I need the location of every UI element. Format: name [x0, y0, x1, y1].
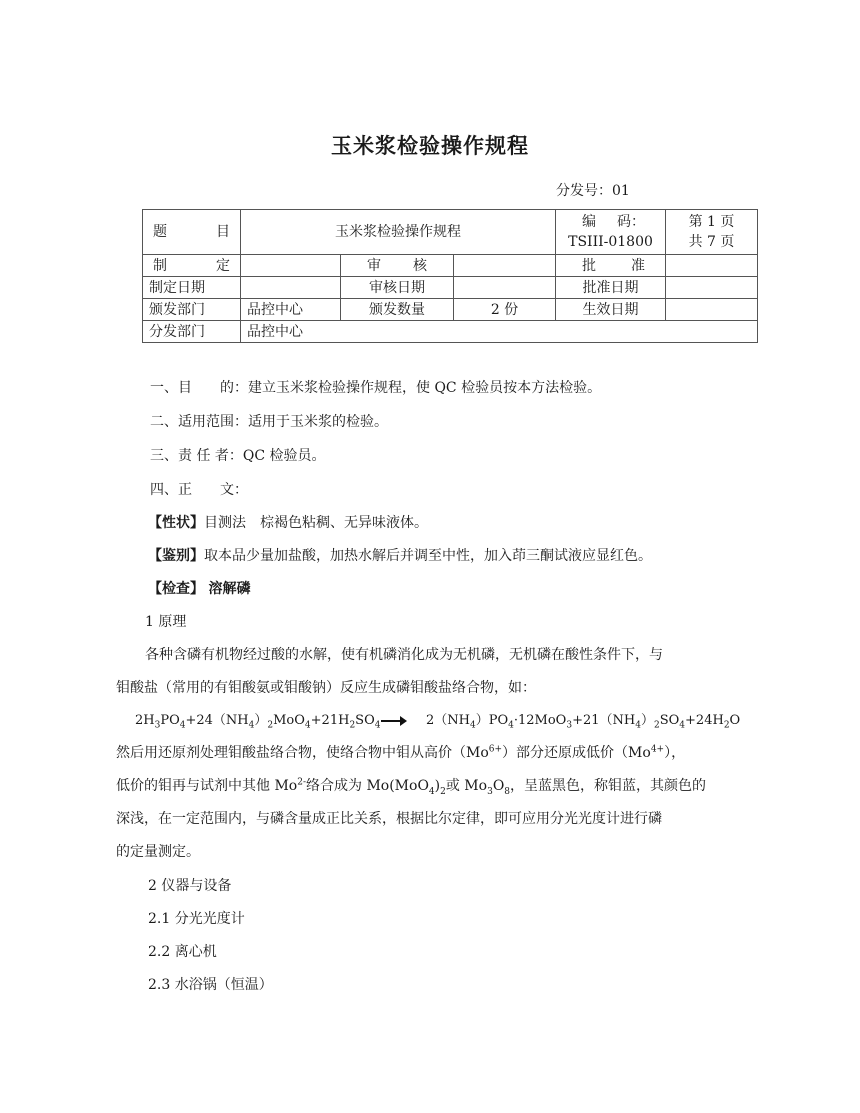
code-cell: 编码： TSIII-01800	[556, 210, 666, 255]
principle-p2-line2: 低价的钼再与试剂中其他 Mo2-络合成为 Mo(MoO4)2或 Mo3O8，呈蓝…	[116, 776, 706, 796]
effective-date-value	[666, 299, 758, 321]
equipment-heading: 2 仪器与设备	[148, 876, 231, 896]
equipment-item: 2.1 分光光度计	[148, 909, 245, 929]
reviewed-by-value	[454, 255, 556, 277]
prepared-date-value	[241, 277, 341, 299]
identification-tag: 【鉴别】	[148, 548, 204, 564]
issuing-dept-value: 品控中心	[241, 299, 341, 321]
principle-p1-line1: 各种含磷有机物经过酸的水解，使有机磷消化成为无机磷，无机磷在酸性条件下，与	[145, 645, 663, 665]
reaction-equation-lhs: 2H3PO4+24（NH4）2MoO4+21H2SO4	[135, 711, 403, 731]
check-tag: 【检查】	[148, 581, 204, 597]
section-responsible: 三、责 任 者：QC 检验员。	[150, 446, 326, 466]
page-current: 第 1 页	[672, 212, 751, 232]
reaction-arrow-icon	[381, 720, 403, 722]
approved-date-value	[666, 277, 758, 299]
section-scope: 二、适用范围：适用于玉米浆的检验。	[150, 412, 388, 432]
identification-paragraph: 【鉴别】取本品少量加盐酸，加热水解后并调至中性，加入茚三酮试液应显红色。	[148, 546, 652, 566]
page-count-cell: 第 1 页 共 7 页	[666, 210, 758, 255]
document-control-table: 题目 玉米浆检验操作规程 编码： TSIII-01800 第 1 页 共 7 页…	[142, 209, 758, 343]
distribution-number: 分发号：01	[556, 180, 630, 200]
equipment-item: 2.3 水浴锅（恒温）	[148, 975, 273, 995]
prepared-by-value	[241, 255, 341, 277]
table-row: 制定 审核 批准	[143, 255, 758, 277]
page-total: 共 7 页	[672, 232, 751, 252]
code-value: TSIII-01800	[562, 232, 659, 252]
appearance-paragraph: 【性状】目测法 棕褐色粘稠、无异味液体。	[148, 513, 428, 533]
document-title: 玉米浆检验操作规程	[0, 130, 860, 160]
equipment-item: 2.2 离心机	[148, 942, 217, 962]
principle-p2-line3: 深浅，在一定范围内，与磷含量成正比关系，根据比尔定律，即可应用分光光度计进行磷	[116, 809, 662, 829]
table-row: 题目 玉米浆检验操作规程 编码： TSIII-01800 第 1 页 共 7 页	[143, 210, 758, 255]
table-row: 颁发部门 品控中心 颁发数量 2 份 生效日期	[143, 299, 758, 321]
section-body-heading: 四、正 文：	[150, 480, 248, 500]
check-item: 溶解磷	[208, 581, 250, 597]
table-row: 制定日期 审核日期 批准日期	[143, 277, 758, 299]
principle-heading: 1 原理	[145, 612, 186, 632]
appearance-tag: 【性状】	[148, 515, 204, 531]
reviewed-date-value	[454, 277, 556, 299]
principle-p1-line2: 钼酸盐（常用的有钼酸氨或钼酸钠）反应生成磷钼酸盐络合物，如：	[116, 678, 536, 698]
reaction-equation-rhs: 2（NH4）PO4·12MoO3+21（NH4）2SO4+24H2O	[426, 711, 740, 731]
subject-title-cell: 玉米浆检验操作规程	[241, 210, 556, 255]
subject-label-cell: 题目	[143, 210, 241, 255]
principle-p2-line4: 的定量测定。	[116, 842, 200, 862]
table-row: 分发部门 品控中心	[143, 321, 758, 343]
approved-by-value	[666, 255, 758, 277]
section-purpose: 一、目 的：建立玉米浆检验操作规程，使 QC 检验员按本方法检验。	[150, 378, 601, 398]
issued-qty-value: 2 份	[454, 299, 556, 321]
distribution-dept-value: 品控中心	[241, 321, 758, 343]
check-paragraph: 【检查】 溶解磷	[148, 579, 250, 599]
principle-p2-line1: 然后用还原剂处理钼酸盐络合物，使络合物中钼从高价（Mo6+）部分还原成低价（Mo…	[116, 743, 685, 763]
